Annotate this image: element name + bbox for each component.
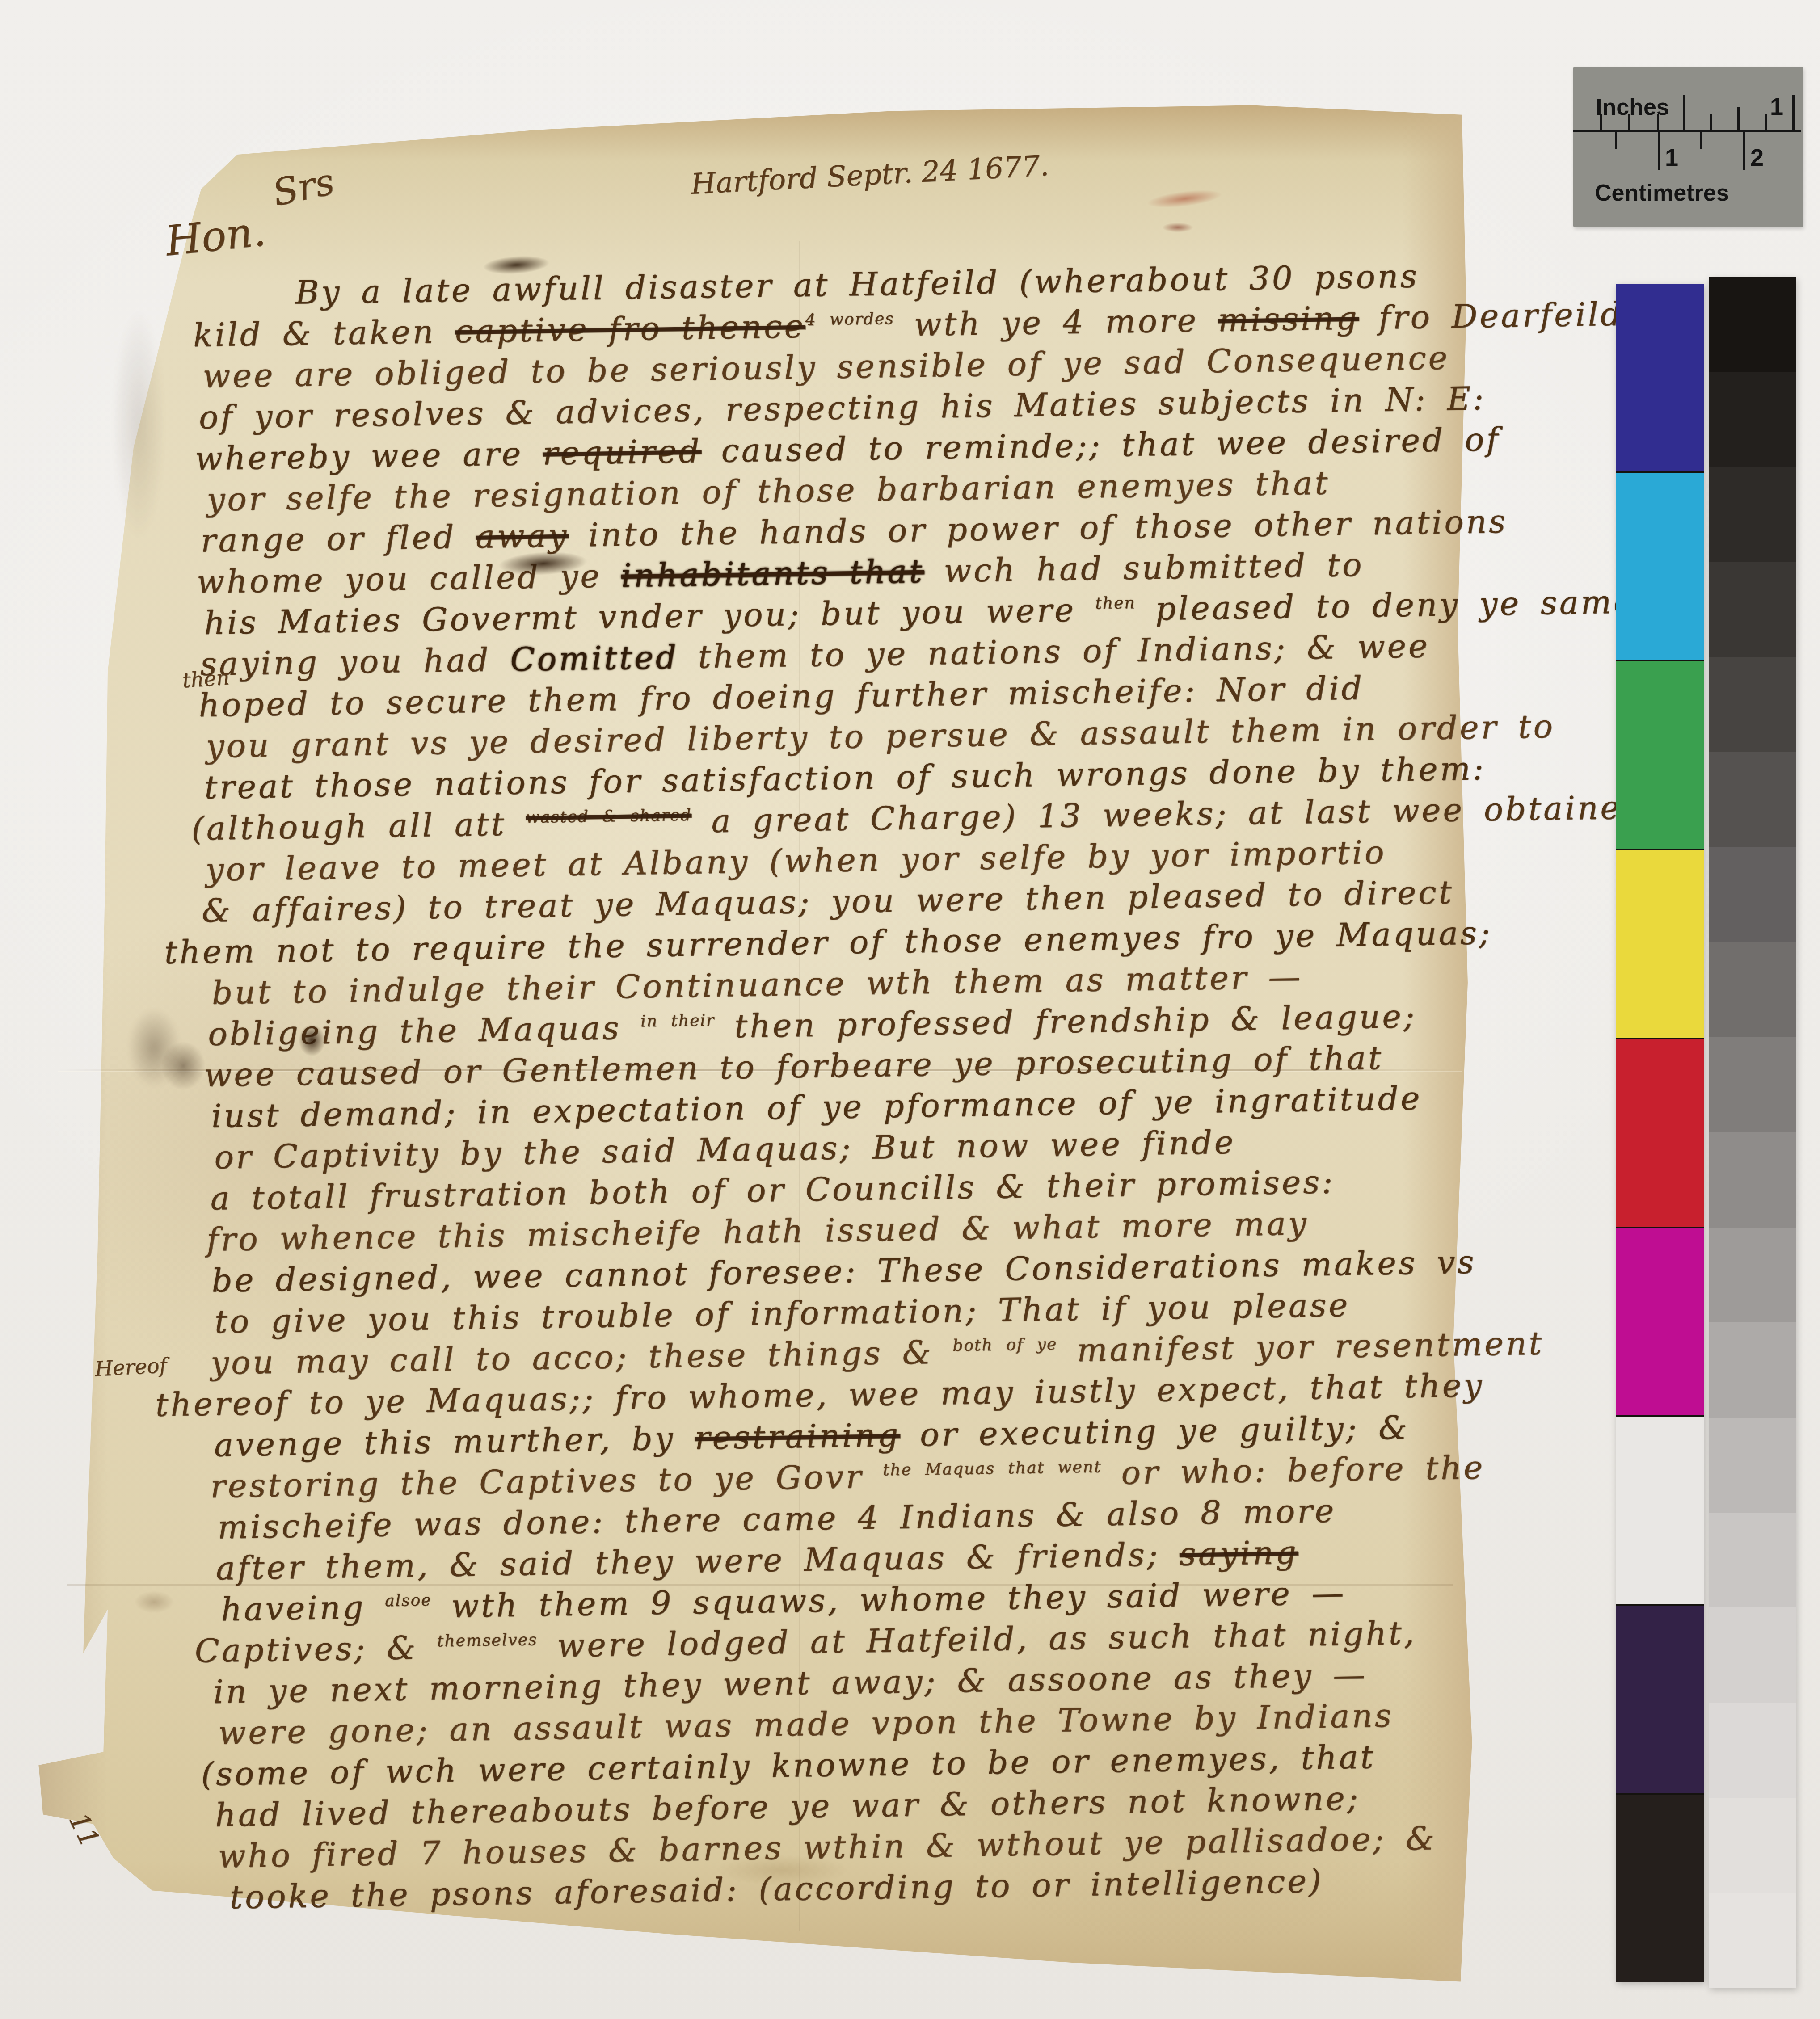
struck-text: away <box>475 517 569 555</box>
handwriting-text: manifest yor resentment <box>1057 1324 1544 1369</box>
inch-tick-major <box>1792 95 1795 132</box>
gray-step <box>1709 1893 1796 1988</box>
interlinear-insertion: then <box>1095 594 1136 613</box>
gray-step <box>1709 277 1796 372</box>
cm-tick-half <box>1615 132 1617 149</box>
gray-step <box>1709 1798 1796 1893</box>
ink-blot <box>299 1024 325 1056</box>
centimetres-label: Centimetres <box>1595 180 1729 206</box>
interlinear-insertion: the Maquas that went <box>883 1458 1102 1479</box>
color-swatch-cyan <box>1616 473 1704 662</box>
gray-step <box>1709 372 1796 467</box>
margin-insertion: Hereof <box>94 1353 168 1381</box>
inch-number-1: 1 <box>1770 93 1783 121</box>
color-swatch-black <box>1616 1795 1704 1982</box>
struck-text: saying <box>1179 1534 1298 1573</box>
paper-stain <box>134 1591 174 1613</box>
gray-step <box>1709 1607 1796 1703</box>
inches-label: Inches <box>1596 94 1669 121</box>
gray-step <box>1709 1322 1796 1418</box>
handwriting-text: wch had submitted to <box>924 546 1364 590</box>
gray-step <box>1709 467 1796 562</box>
ink-stain <box>127 1008 181 1088</box>
cm-tick-half <box>1700 132 1702 149</box>
gray-step <box>1709 1703 1796 1798</box>
handwriting-text: whereby wee are <box>195 434 543 477</box>
handwriting-text: fro Dearfeilds) <box>1359 294 1657 336</box>
interlinear-insertion: themselves <box>437 1631 538 1650</box>
gray-step <box>1709 1418 1796 1513</box>
handwriting-text: obligeing the Maquas <box>208 1009 641 1052</box>
interlinear-insertion: 4 wordes <box>805 310 894 329</box>
cm-tick-major <box>1658 132 1660 170</box>
paper-stain <box>715 1855 849 1886</box>
struck-text: restraining <box>694 1416 900 1457</box>
red-ink-smudge <box>1162 223 1193 232</box>
color-swatch-red <box>1616 1039 1704 1228</box>
interlinear-insertion: wasted & shared <box>526 806 692 827</box>
color-swatch-purple <box>1616 1606 1704 1795</box>
gray-step <box>1709 1132 1796 1228</box>
photographed-manuscript-scene: { "scale_card": { "inches_label": "Inche… <box>0 0 1820 2019</box>
ruler-baseline <box>1573 130 1801 132</box>
interlinear-insertion: both of ye <box>952 1335 1057 1355</box>
interlinear-insertion: alsoe <box>385 1591 432 1610</box>
inch-tick-major <box>1683 95 1685 132</box>
handwriting-text: or who: before the <box>1101 1448 1485 1492</box>
inch-tick-minor <box>1765 114 1767 132</box>
cm-tick-major <box>1743 132 1745 170</box>
handwriting-text: or executing ye guilty; & <box>900 1409 1409 1454</box>
handwriting-text: pleased to deny ye same, <box>1135 583 1647 628</box>
struck-text: missing <box>1218 299 1359 339</box>
cm-number-2: 2 <box>1750 144 1764 172</box>
handwriting-text: (although all att <box>191 805 526 847</box>
handwriting-text: kild & taken <box>193 312 455 354</box>
margin-insertion: then <box>181 665 230 692</box>
handwriting-text: avenge this murther, by <box>214 1419 695 1464</box>
gray-step <box>1709 1228 1796 1323</box>
gray-step <box>1709 942 1796 1038</box>
scale-reference-card: Inches 1 1 2 Centimetres <box>1573 67 1803 227</box>
color-calibration-strip <box>1616 284 1704 1982</box>
handwriting-text: saying you had <box>200 641 510 683</box>
gray-step <box>1709 562 1796 657</box>
struck-text: inhabitants that <box>621 552 924 594</box>
handwriting-text: wth ye 4 more <box>894 301 1218 344</box>
handwriting-lines: By a late awfull disaster at Hatfeild (w… <box>192 255 1495 1918</box>
ink-ghost-smudge <box>112 308 165 541</box>
color-swatch-green <box>1616 661 1704 850</box>
color-swatch-yellow <box>1616 850 1704 1039</box>
inch-tick-half <box>1737 107 1740 132</box>
gray-step <box>1709 1513 1796 1608</box>
color-swatch-blue <box>1616 284 1704 473</box>
gray-step <box>1709 752 1796 847</box>
handwriting-text: Comitted <box>510 638 679 678</box>
handwriting-text: range or fled <box>200 518 476 559</box>
interlinear-insertion: in their <box>640 1011 715 1031</box>
inch-tick-minor <box>1710 114 1712 132</box>
gray-step <box>1709 847 1796 942</box>
gray-step <box>1709 1037 1796 1132</box>
struck-text: required <box>542 432 702 472</box>
struck-text: captive fro thence <box>455 307 805 350</box>
cm-number-1: 1 <box>1665 144 1678 172</box>
color-swatch-white <box>1616 1417 1704 1606</box>
grayscale-step-wedge <box>1709 277 1796 1988</box>
color-swatch-magenta <box>1616 1228 1704 1417</box>
handwriting-text: haveing <box>221 1588 385 1628</box>
gray-step <box>1709 657 1796 753</box>
handwriting-text: Captives; & <box>194 1628 438 1670</box>
